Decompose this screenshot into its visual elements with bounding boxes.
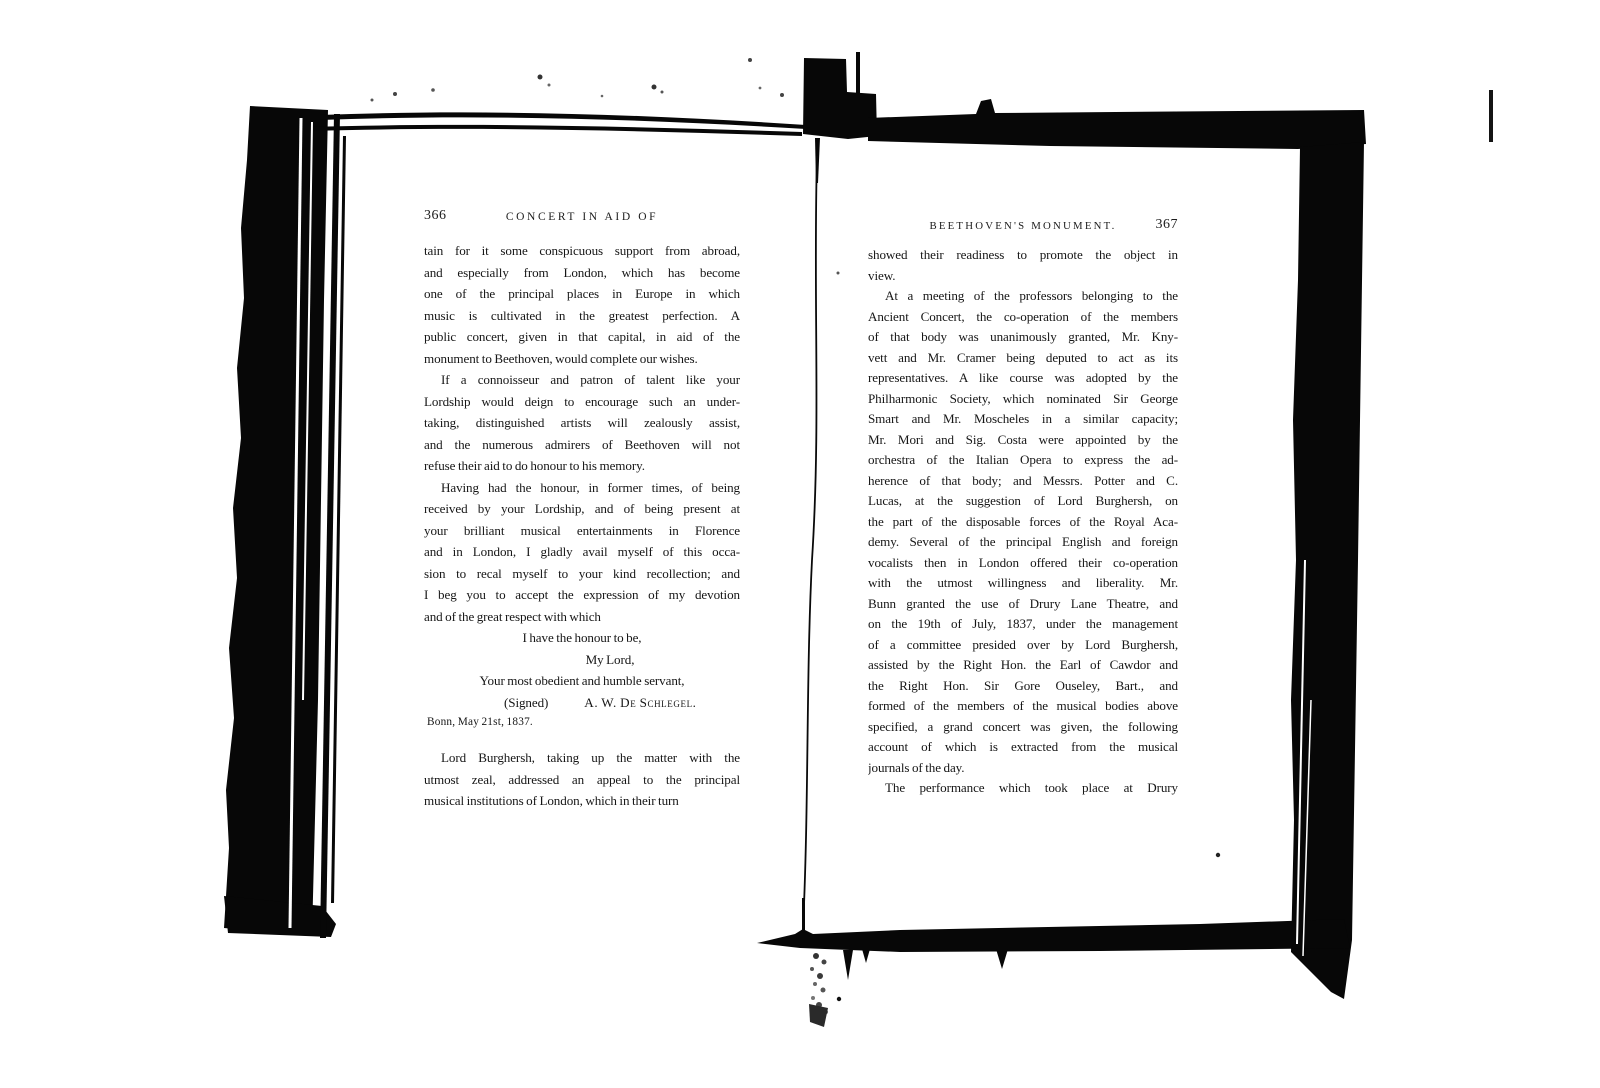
text-line: vett and Mr. Cramer being deputed to act… (868, 348, 1178, 369)
scan-page-edge-line (331, 136, 346, 903)
book-scan-canvas: 366 CONCERT IN AID OF tain for it some c… (0, 0, 1600, 1088)
text-line: on the 19th of July, 1837, under the man… (868, 614, 1178, 635)
text-line: view. (868, 266, 1178, 287)
text-line: the Right Hon. Sir Gore Ouseley, Bart., … (868, 676, 1178, 697)
signature-name: A. W. De Schlegel. (584, 692, 696, 714)
text-line: your brilliant musical entertainments in… (424, 520, 740, 542)
scan-drip-spike (843, 950, 853, 980)
text-line: orchestra of the Italian Opera to expres… (868, 450, 1178, 471)
left-page-header: 366 CONCERT IN AID OF (424, 208, 740, 228)
scan-spine-bottom-stub (802, 898, 805, 932)
text-line: Lordship would deign to encourage such a… (424, 391, 740, 413)
text-line: utmost zeal, addressed an appeal to the … (424, 769, 740, 791)
text-line: received by your Lordship, and of being … (424, 498, 740, 520)
text-line: I beg you to accept the expression of my… (424, 584, 740, 606)
scan-drip-speckles (809, 953, 841, 1027)
text-line: demy. Several of the principal English a… (868, 532, 1178, 553)
scan-artifacts (0, 0, 1600, 1088)
text-line: of a committee presided over by Lord Bur… (868, 635, 1178, 656)
text-line: one of the principal places in Europe in… (424, 283, 740, 305)
scan-page-edge-line (320, 114, 340, 938)
text-line: At a meeting of the professors belonging… (868, 286, 1178, 307)
scan-top-rule (320, 112, 806, 129)
text-line: I have the honour to be, (424, 627, 740, 649)
text-line: Lucas, at the suggestion of Lord Burgher… (868, 491, 1178, 512)
right-page-number: 367 (1156, 217, 1179, 233)
scan-top-rule (310, 125, 802, 136)
left-page: 366 CONCERT IN AID OF tain for it some c… (424, 208, 740, 812)
text-line: refuse their aid to do honour to his mem… (424, 455, 740, 477)
text-line: specified, a grand concert was given, th… (868, 717, 1178, 738)
scan-bookmark-tab (803, 58, 877, 139)
right-page-text: showed their readiness to promote the ob… (868, 245, 1178, 799)
text-line: herence of that body; and Messrs. Potter… (868, 471, 1178, 492)
text-line: representatives. A like course was adopt… (868, 368, 1178, 389)
book-spine-line (803, 156, 817, 928)
text-line: of that body was unanimously granted, Mr… (868, 327, 1178, 348)
text-line: and in London, I gladly avail myself of … (424, 541, 740, 563)
text-line: Philharmonic Society, which nominated Si… (868, 389, 1178, 410)
left-page-text: tain for it some conspicuous support fro… (424, 240, 740, 812)
text-line: public concert, given in that capital, i… (424, 326, 740, 348)
text-line: with the utmost willingness and liberali… (868, 573, 1178, 594)
text-line: formed of the members of the musical bod… (868, 696, 1178, 717)
left-running-head: CONCERT IN AID OF (424, 208, 740, 223)
text-line: Having had the honour, in former times, … (424, 477, 740, 499)
text-line: Ancient Concert, the co-operation of the… (868, 307, 1178, 328)
scan-left-band-foot (224, 896, 336, 937)
text-line: assisted by the Right Hon. the Earl of C… (868, 655, 1178, 676)
text-line: Lord Burghersh, taking up the matter wit… (424, 747, 740, 769)
text-line: taking, distinguished artists will zealo… (424, 412, 740, 434)
scan-top-bar (868, 99, 1366, 149)
text-line: My Lord, (424, 649, 740, 671)
text-line: Bonn, May 21st, 1837. (424, 713, 740, 731)
line-gap (424, 731, 740, 747)
text-line: musical institutions of London, which in… (424, 790, 740, 812)
text-line: If a connoisseur and patron of talent li… (424, 369, 740, 391)
signature-label: (Signed) (504, 692, 548, 714)
text-line: the part of the disposable forces of the… (868, 512, 1178, 533)
text-line: and the numerous admirers of Beethoven w… (424, 434, 740, 456)
scan-drip-spike (862, 949, 870, 963)
text-line: (Signed)A. W. De Schlegel. (424, 692, 740, 714)
text-line: Smart and Mr. Moscheles in a similar cap… (868, 409, 1178, 430)
text-line: vocalists then in London offered their c… (868, 553, 1178, 574)
text-line: Bunn granted the use of Drury Lane Theat… (868, 594, 1178, 615)
scan-left-band (224, 106, 328, 936)
scan-drip-spike (996, 949, 1008, 969)
right-running-head: BEETHOVEN'S MONUMENT. (868, 217, 1178, 232)
text-line: and especially from London, which has be… (424, 262, 740, 284)
scan-edge-fragment (1489, 90, 1493, 142)
right-page: BEETHOVEN'S MONUMENT. 367 showed their r… (868, 217, 1178, 799)
text-line: showed their readiness to promote the ob… (868, 245, 1178, 266)
text-line: Mr. Mori and Sig. Costa were appointed b… (868, 430, 1178, 451)
scan-bottom-bar (757, 919, 1350, 952)
scan-right-band (1291, 142, 1364, 999)
text-line: sion to recal myself to your kind recoll… (424, 563, 740, 585)
text-line: journals of the day. (868, 758, 1178, 779)
left-page-number: 366 (424, 208, 447, 224)
text-line: and of the great respect with which (424, 606, 740, 628)
text-line: music is cultivated in the greatest perf… (424, 305, 740, 327)
scan-spine-top-spike (815, 138, 820, 183)
text-line: Your most obedient and humble servant, (424, 670, 740, 692)
text-line: monument to Beethoven, would complete ou… (424, 348, 740, 370)
text-line: tain for it some conspicuous support fro… (424, 240, 740, 262)
right-page-header: BEETHOVEN'S MONUMENT. 367 (868, 217, 1178, 237)
text-line: The performance which took place at Drur… (868, 778, 1178, 799)
text-line: account of which is extracted from the m… (868, 737, 1178, 758)
scan-bookmark-line (856, 52, 860, 96)
